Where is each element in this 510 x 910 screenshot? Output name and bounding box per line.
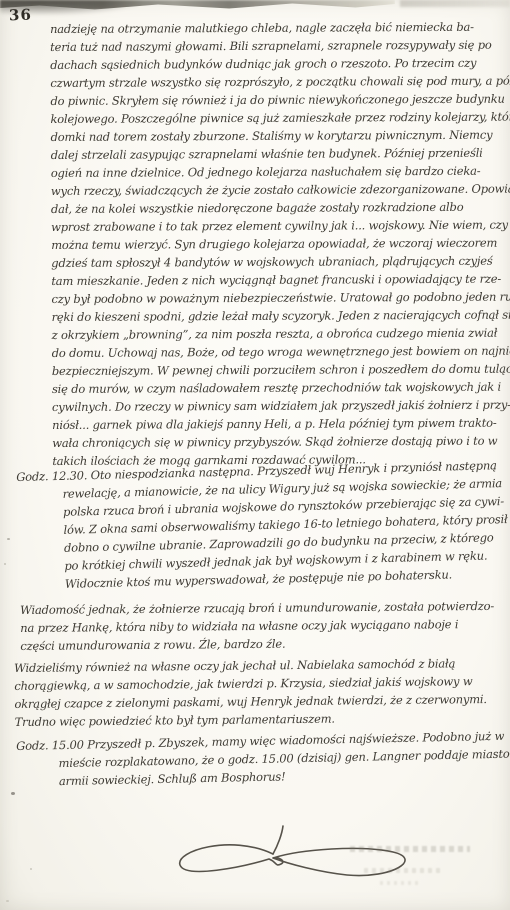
handwritten-line: tam mieszkanie. Jeden z nich wyciągnął b… — [51, 269, 510, 290]
handwritten-line: wprost zrabowane i to tak przez element … — [51, 215, 510, 236]
handwritten-line: czwartym strzale wszystko się rozprószył… — [50, 71, 510, 92]
paragraph: Godz. 12.30. Oto niespodzianka następna.… — [16, 456, 510, 594]
faint-mark-row — [350, 846, 470, 852]
paragraph: Wiadomość jednak, że żołnierze rzucają b… — [20, 597, 494, 655]
scan-speck — [11, 792, 15, 795]
paragraph: Widzieliśmy również na własne oczy jak j… — [14, 654, 487, 731]
handwritten-line: gdzieś tam spłoszył 4 bandytów w wojskow… — [51, 251, 510, 272]
scan-smudge-top-right — [400, 0, 510, 7]
handwritten-line: ręki do kieszeni spodni, gdzie leżał mał… — [52, 305, 510, 326]
handwritten-line: nadzieję na otrzymanie malutkiego chleba… — [50, 17, 510, 38]
handwritten-line: wała chroniących się w piwnicy przybyszó… — [52, 431, 510, 452]
handwritten-line: ogień na inne dzielnice. Od jednego kole… — [51, 161, 510, 182]
scan-speck — [30, 868, 32, 870]
scan-speck — [4, 563, 6, 565]
manuscript-page: 36 nadzieję na otrzymanie malutkiego chl… — [0, 0, 510, 910]
scan-speck — [6, 900, 9, 902]
paragraph: nadzieję na otrzymanie malutkiego chleba… — [50, 17, 510, 470]
scan-speck — [7, 538, 10, 540]
handwritten-line: Trudno więc powiedzieć kto był tym parla… — [15, 708, 488, 731]
handwritten-line: dachach sąsiednich budynków dudniąc jak … — [50, 53, 510, 74]
handwritten-line: wych rzeczy, świadczących że życie zosta… — [51, 179, 510, 200]
handwritten-line: cywilnych. Do rzeczy w piwnicy sam widzi… — [52, 395, 510, 416]
handwritten-line: części umundurowania z rowu. Źle, bardzo… — [20, 633, 494, 655]
handwritten-line: można temu wierzyć. Syn drugiego kolejar… — [51, 233, 510, 254]
handwritten-line: dał, że na kolei wszystkie niedoręczone … — [51, 197, 510, 218]
handwritten-line: bezpieczniejszym. W pewnej chwili porzuc… — [52, 359, 510, 380]
faint-mark-row — [380, 881, 420, 885]
handwritten-line: kolejowego. Poszczególne piwnice są już … — [50, 107, 510, 128]
page-number: 36 — [9, 6, 32, 25]
handwritten-line: do piwnic. Skryłem się również i ja do p… — [50, 89, 510, 110]
handwritten-line: domki nad torem zostały zburzone. Staliś… — [51, 125, 510, 146]
handwritten-line: dalej strzelali zasypując szrapnelami wł… — [51, 143, 510, 164]
faint-pencil-marks — [350, 846, 478, 890]
faint-mark-row — [364, 868, 442, 873]
handwritten-line: się do murów, w czym naśladowałem resztę… — [52, 377, 510, 398]
handwritten-line: teria tuż nad naszymi głowami. Bili szra… — [50, 35, 510, 56]
handwritten-line: do domu. Uchowaj nas, Boże, od tego wrog… — [52, 341, 510, 362]
paragraph: Godz. 15.00 Przyszedł p. Zbyszek, mamy w… — [16, 727, 510, 791]
handwritten-line: z okrzykiem „browning”, za nim poszła re… — [52, 323, 510, 344]
handwritten-line: niósł... garnek piwa dla jakiejś panny H… — [52, 413, 510, 434]
handwritten-line: czy był podobno w poważnym niebezpieczeń… — [51, 287, 510, 308]
